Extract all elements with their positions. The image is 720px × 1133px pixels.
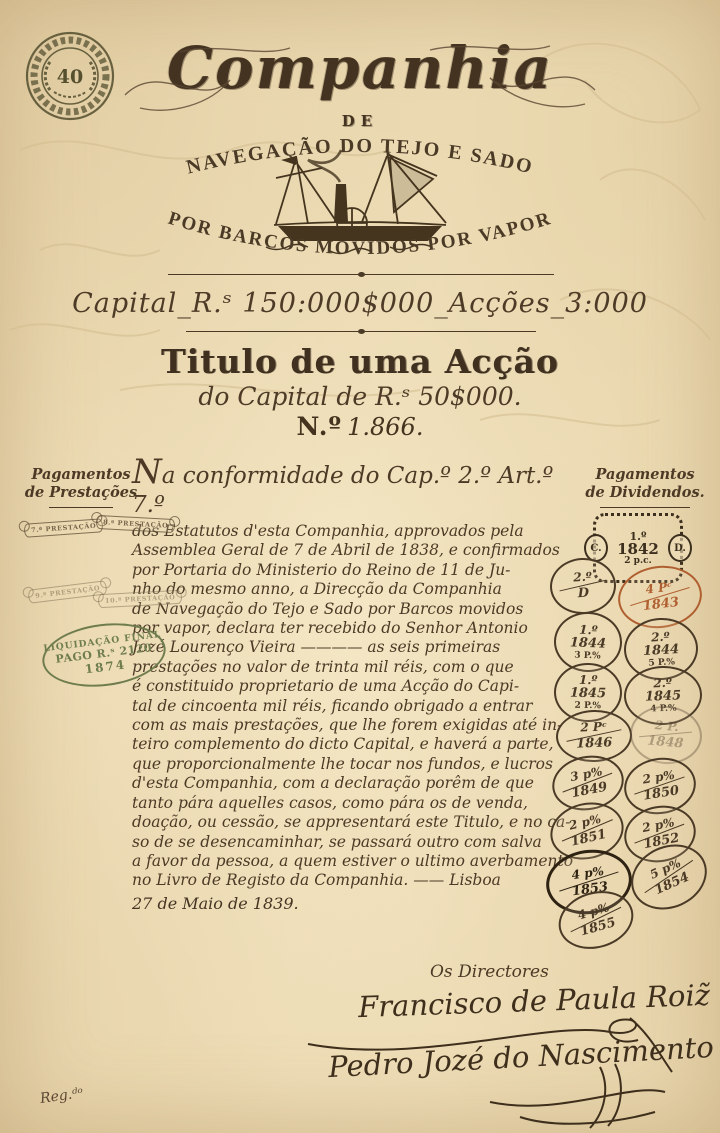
- stamp-line: 2 p.c.: [624, 557, 651, 566]
- share-subtitle: do Capital de R.ˢ 50$000.: [0, 382, 720, 411]
- body-text: Na conformidade do Cap.º 2.º Art.º 7.º d…: [132, 452, 584, 913]
- prestacoes-heading-line2: de Prestações: [14, 484, 148, 502]
- share-title: Titulo de uma Acção: [0, 342, 720, 381]
- body-line: de Navegação do Tejo e Sado por Barcos m…: [132, 600, 584, 619]
- svg-text:NAVEGAÇÃO DO TEJO E SADO: NAVEGAÇÃO DO TEJO E SADO: [184, 135, 536, 179]
- ribbon-label: 7.ª PRESTAÇÃO: [31, 522, 97, 535]
- masthead-arcs: NAVEGAÇÃO DO TEJO E SADO POR BARCOS MOVI…: [140, 122, 580, 277]
- date-line: 27 de Maio de 1839.: [132, 894, 584, 913]
- body-line: com as mais prestações, que lhe forem ex…: [132, 716, 584, 735]
- prestacao-ribbon-stamp: 8.ª PRESTAÇÃO: [96, 515, 176, 533]
- body-line: tal de cincoenta mil réis, ficando obrig…: [132, 697, 584, 716]
- body-line: que proporcionalmente lhe tocar nos fund…: [132, 755, 584, 774]
- body-line: doação, ou cessão, se appresentará este …: [132, 813, 584, 832]
- body-line: d'esta Companhia, com a declaração porêm…: [132, 774, 584, 793]
- capital-line: Capital_R.ˢ 150:000$000_Acções_3:000: [0, 288, 720, 319]
- body-line: dos Estatutos d'esta Companhia, approvad…: [132, 522, 584, 541]
- ribbon-label: 9.ª PRESTAÇÃO: [35, 584, 101, 600]
- registration-note: Reg.ᵈᵒ: [39, 1085, 84, 1107]
- body-line: por Portaria do Ministerio do Reino de 1…: [132, 561, 584, 580]
- company-title: Companhia: [0, 34, 720, 102]
- share-number-value: 1.866.: [347, 413, 423, 441]
- ribbon-label: 8.ª PRESTAÇÃO: [103, 518, 169, 529]
- divider-rule-top: [168, 274, 554, 275]
- body-line: so de se desencaminhar, se passará outro…: [132, 833, 584, 852]
- body-line: no Livro de Registo da Companhia. —— Lis…: [132, 871, 584, 890]
- share-number: N.º 1.866.: [0, 412, 720, 441]
- dividendos-heading-line2: de Dividendos.: [578, 484, 712, 502]
- divider-rule-bottom: [186, 331, 536, 332]
- body-line: por vapor, declara ter recebido do Senho…: [132, 619, 584, 638]
- ribbon-label: 10.ª PRESTAÇÃO: [105, 593, 176, 605]
- body-line: tanto pára aquelles casos, como pára os …: [132, 794, 584, 813]
- body-first-line: Na conformidade do Cap.º 2.º Art.º 7.º: [132, 452, 584, 518]
- prestacoes-heading: Pagamentos de Prestações: [14, 466, 148, 508]
- share-certificate-document: { "seal": { "value": "40" }, "header": {…: [0, 0, 720, 1133]
- body-line: Assemblea Geral de 7 de Abril de 1838, e…: [132, 541, 584, 560]
- body-line: prestações no valor de trinta mil réis, …: [132, 658, 584, 677]
- stamp-side-right: D.: [668, 534, 692, 562]
- dividendos-heading-line1: Pagamentos: [578, 466, 712, 484]
- body-line: Jozé Lourenço Vieira ———— as seis primei…: [132, 638, 584, 657]
- body-line: a favor da pessoa, a quem estiver o ulti…: [132, 852, 584, 871]
- arc-title-top: NAVEGAÇÃO DO TEJO E SADO: [184, 135, 536, 179]
- dividendos-heading: Pagamentos de Dividendos.: [578, 466, 712, 508]
- stamp-line: 1842: [617, 542, 659, 557]
- body-line: nho do mesmo anno, a Direcção da Companh…: [132, 580, 584, 599]
- share-number-label: N.º: [297, 412, 342, 441]
- body-line: teiro complemento do dicto Capital, e ha…: [132, 735, 584, 754]
- body-line: é constituido proprietario de uma Acção …: [132, 677, 584, 696]
- directors-heading: Os Directores: [430, 962, 549, 982]
- signature-flourish-2: [480, 1062, 680, 1132]
- prestacoes-heading-line1: Pagamentos: [14, 466, 148, 484]
